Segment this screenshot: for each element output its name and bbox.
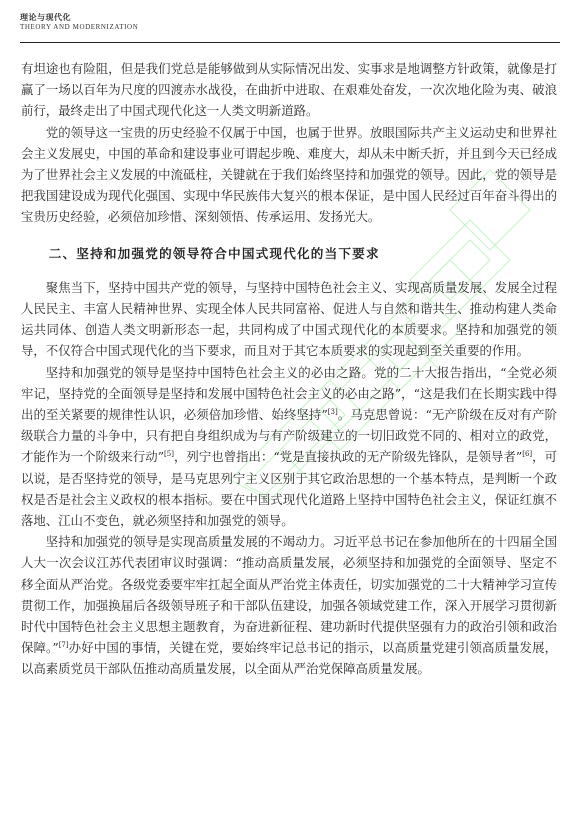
paragraph-5: 坚持和加强党的领导是实现高质量发展的不竭动力。习近平总书记在参加他所在的十四届全… [21, 531, 557, 679]
citation-5[interactable]: [5] [164, 450, 174, 458]
journal-title-en: THEORY AND MODERNIZATION [20, 23, 560, 32]
paragraph-5-text-a: 坚持和加强党的领导是实现高质量发展的不竭动力。习近平总书记在参加他所在的十四届全… [21, 534, 557, 655]
running-header: 理论与现代化 THEORY AND MODERNIZATION [20, 12, 560, 32]
citation-7[interactable]: [7] [59, 641, 69, 649]
article-body: 有坦途也有险阻，但是我们党总是能够做到从实际情况出发、实事求是地调整方针政策，就… [21, 58, 557, 680]
journal-title-cn: 理论与现代化 [20, 12, 560, 23]
citation-3[interactable]: [3] [328, 408, 338, 416]
paragraph-4: 坚持和加强党的领导是坚持中国特色社会主义的必由之路。党的二十大报告指出，“全党必… [21, 362, 557, 532]
paragraph-1: 有坦途也有险阻，但是我们党总是能够做到从实际情况出发、实事求是地调整方针政策，就… [21, 58, 557, 122]
citation-6[interactable]: [6] [522, 450, 532, 458]
paragraph-2: 党的领导这一宝贵的历史经验不仅属于中国，也属于世界。放眼国际共产主义运动史和世界… [21, 122, 557, 228]
paragraph-3: 聚焦当下，坚持中国共产党的领导，与坚持中国特色社会主义、实现高质量发展、发展全过… [21, 277, 557, 362]
section-heading: 二、坚持和加强党的领导符合中国式现代化的当下要求 [21, 243, 557, 264]
paragraph-4-text-c: ，列宁也曾指出：“党是直接执政的无产阶级先锋队，是领导者” [174, 449, 522, 464]
header-rule [20, 42, 560, 43]
paragraph-5-text-b: 办好中国的事情，关键在党，要始终牢记总书记的指示，以高质量党建引领高质量发展，以… [21, 640, 557, 676]
